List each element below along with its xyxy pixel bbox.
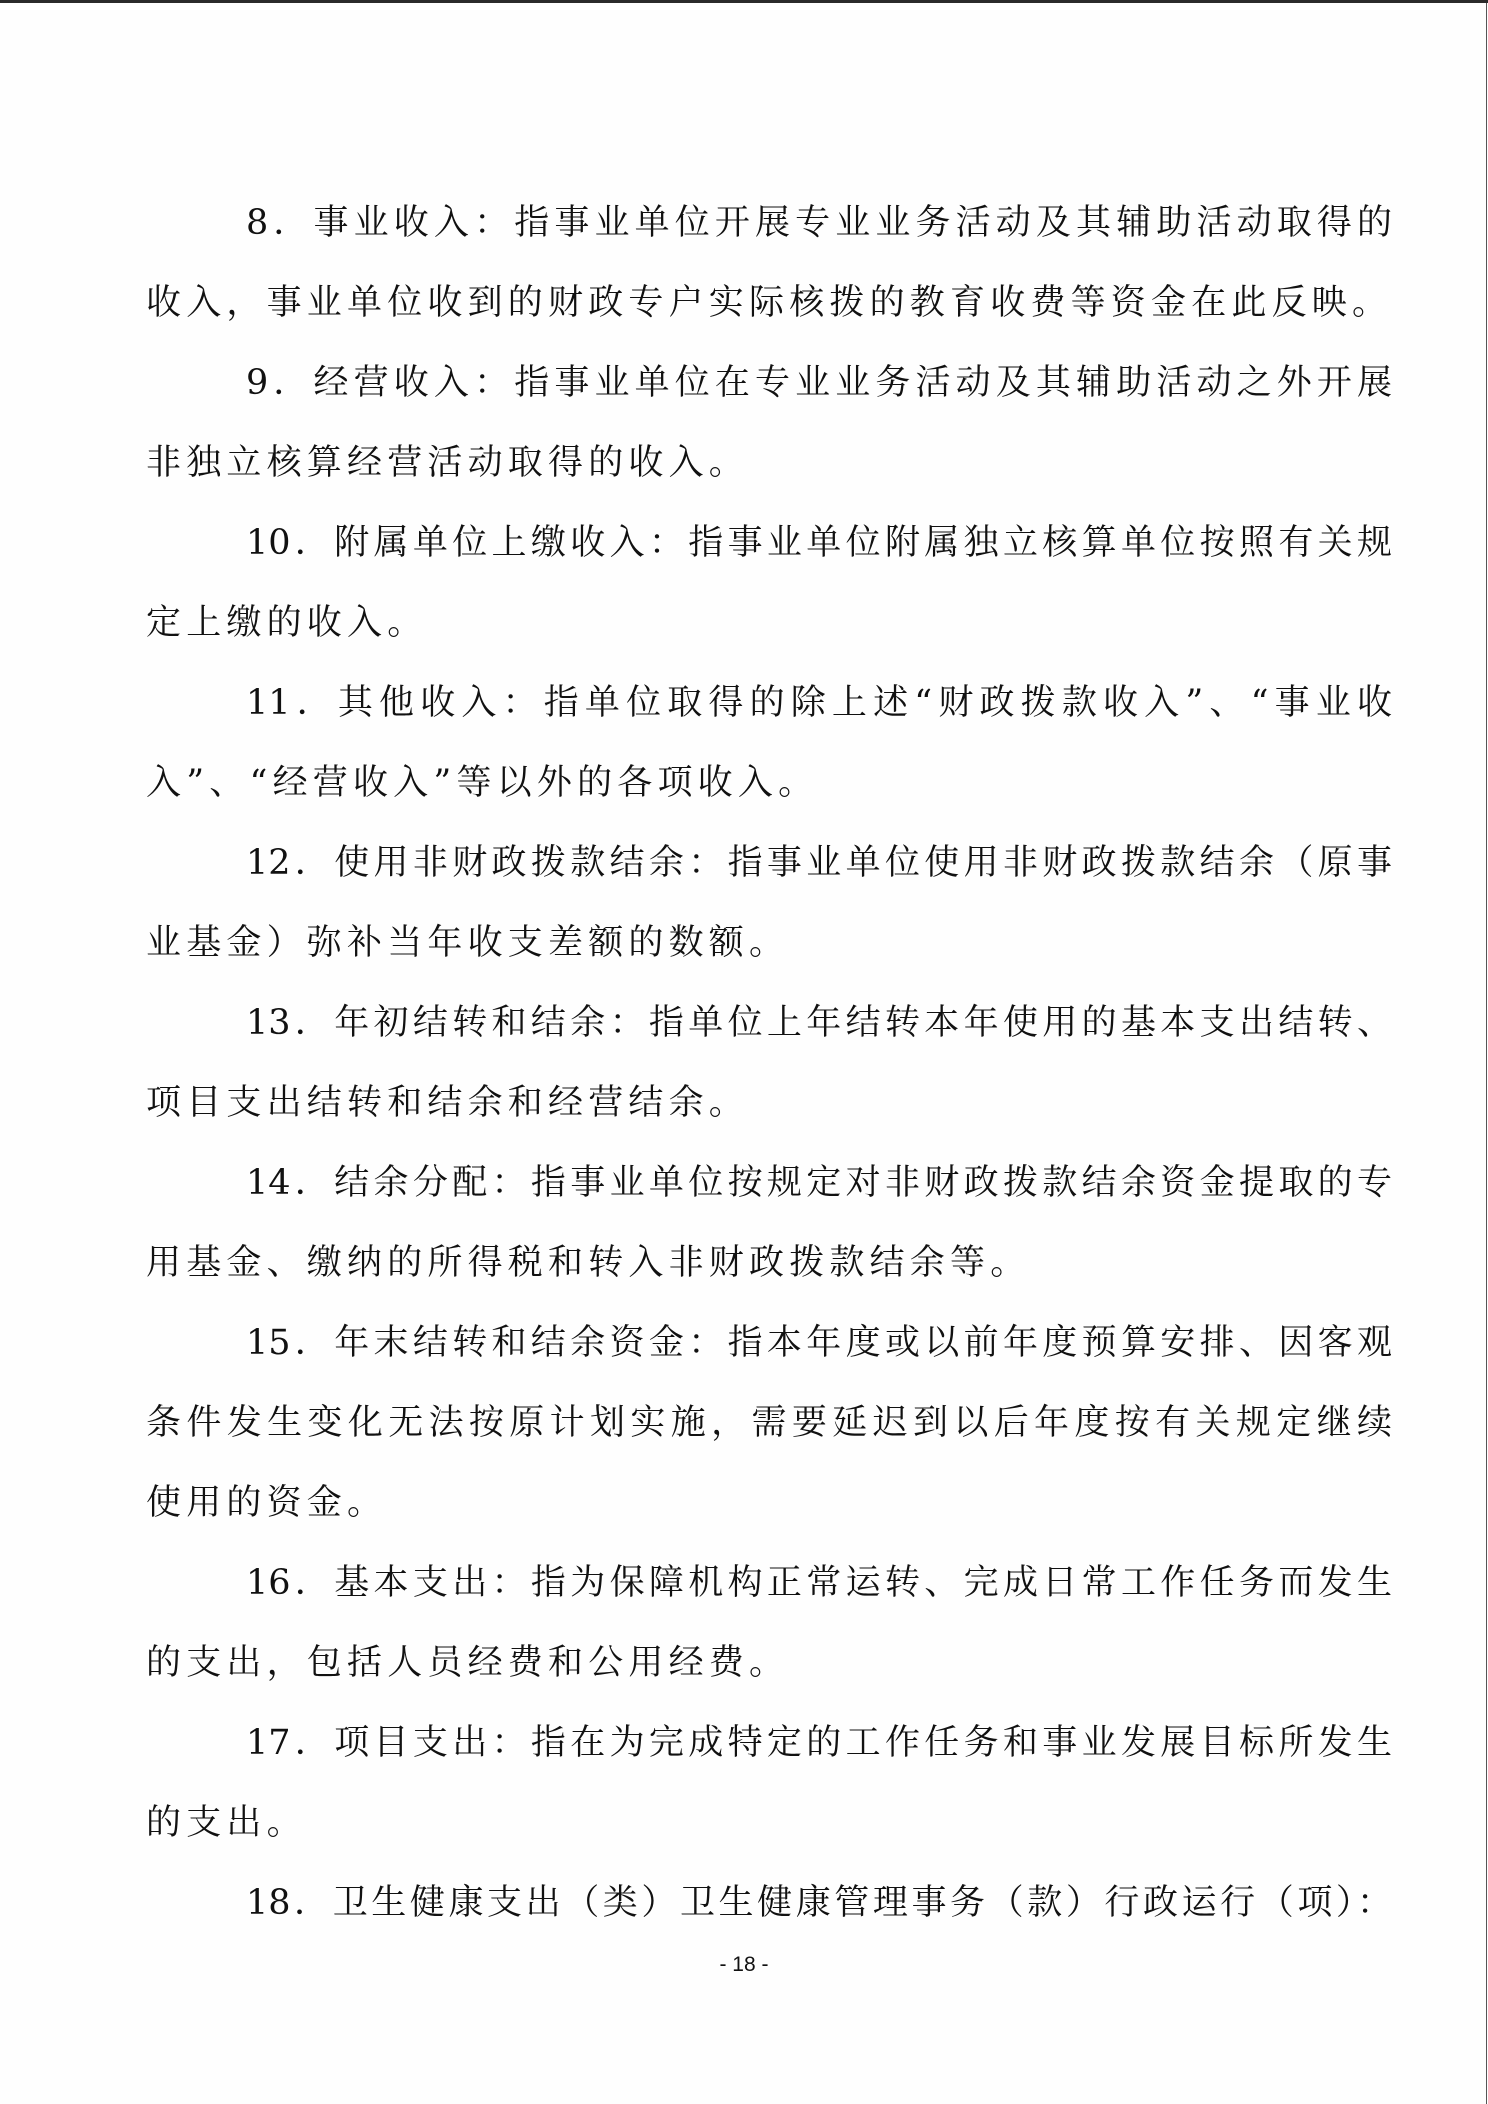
paragraph-line: 15．年末结转和结余资金：指本年度或以前年度预算安排、因客观 — [146, 1319, 1392, 1399]
page-number: - 18 - — [0, 1953, 1488, 1977]
paragraph-line: 16．基本支出：指为保障机构正常运转、完成日常工作任务而发生 — [146, 1559, 1392, 1639]
paragraph-line: 的支出，包括人员经费和公用经费。 — [146, 1639, 1392, 1719]
paragraph-line: 12．使用非财政拨款结余：指事业单位使用非财政拨款结余（原事 — [146, 839, 1392, 919]
page-edge-line — [1486, 3, 1487, 2104]
paragraph-14: 14．结余分配：指事业单位按规定对非财政拨款结余资金提取的专 用基金、缴纳的所得… — [146, 1159, 1392, 1319]
paragraph-8: 8．事业收入：指事业单位开展专业业务活动及其辅助活动取得的 收入，事业单位收到的… — [146, 199, 1392, 359]
paragraph-line: 17．项目支出：指在为完成特定的工作任务和事业发展目标所发生 — [146, 1719, 1392, 1799]
paragraph-line: 入”、“经营收入”等以外的各项收入。 — [146, 759, 1392, 839]
paragraph-13: 13．年初结转和结余：指单位上年结转本年使用的基本支出结转、 项目支出结转和结余… — [146, 999, 1392, 1159]
paragraph-line: 使用的资金。 — [146, 1479, 1392, 1559]
paragraph-16: 16．基本支出：指为保障机构正常运转、完成日常工作任务而发生 的支出，包括人员经… — [146, 1559, 1392, 1719]
paragraph-17: 17．项目支出：指在为完成特定的工作任务和事业发展目标所发生 的支出。 — [146, 1719, 1392, 1879]
paragraph-9: 9．经营收入：指事业单位在专业业务活动及其辅助活动之外开展 非独立核算经营活动取… — [146, 359, 1392, 519]
paragraph-line: 非独立核算经营活动取得的收入。 — [146, 439, 1392, 519]
document-body: 8．事业收入：指事业单位开展专业业务活动及其辅助活动取得的 收入，事业单位收到的… — [146, 199, 1392, 1959]
paragraph-11: 11．其他收入：指单位取得的除上述“财政拨款收入”、“事业收 入”、“经营收入”… — [146, 679, 1392, 839]
paragraph-line: 18．卫生健康支出（类）卫生健康管理事务（款）行政运行（项）： — [146, 1879, 1392, 1959]
paragraph-15: 15．年末结转和结余资金：指本年度或以前年度预算安排、因客观 条件发生变化无法按… — [146, 1319, 1392, 1559]
paragraph-line: 的支出。 — [146, 1799, 1392, 1879]
paragraph-line: 14．结余分配：指事业单位按规定对非财政拨款结余资金提取的专 — [146, 1159, 1392, 1239]
paragraph-18: 18．卫生健康支出（类）卫生健康管理事务（款）行政运行（项）： — [146, 1879, 1392, 1959]
paragraph-line: 定上缴的收入。 — [146, 599, 1392, 679]
paragraph-line: 13．年初结转和结余：指单位上年结转本年使用的基本支出结转、 — [146, 999, 1392, 1079]
document-page: 8．事业收入：指事业单位开展专业业务活动及其辅助活动取得的 收入，事业单位收到的… — [0, 0, 1488, 2104]
paragraph-line: 8．事业收入：指事业单位开展专业业务活动及其辅助活动取得的 — [146, 199, 1392, 279]
paragraph-line: 10．附属单位上缴收入：指事业单位附属独立核算单位按照有关规 — [146, 519, 1392, 599]
paragraph-line: 项目支出结转和结余和经营结余。 — [146, 1079, 1392, 1159]
paragraph-line: 用基金、缴纳的所得税和转入非财政拨款结余等。 — [146, 1239, 1392, 1319]
paragraph-line: 收入，事业单位收到的财政专户实际核拨的教育收费等资金在此反映。 — [146, 279, 1392, 359]
paragraph-line: 条件发生变化无法按原计划实施，需要延迟到以后年度按有关规定继续 — [146, 1399, 1392, 1479]
paragraph-line: 业基金）弥补当年收支差额的数额。 — [146, 919, 1392, 999]
paragraph-10: 10．附属单位上缴收入：指事业单位附属独立核算单位按照有关规 定上缴的收入。 — [146, 519, 1392, 679]
paragraph-line: 9．经营收入：指事业单位在专业业务活动及其辅助活动之外开展 — [146, 359, 1392, 439]
paragraph-line: 11．其他收入：指单位取得的除上述“财政拨款收入”、“事业收 — [146, 679, 1392, 759]
paragraph-12: 12．使用非财政拨款结余：指事业单位使用非财政拨款结余（原事 业基金）弥补当年收… — [146, 839, 1392, 999]
